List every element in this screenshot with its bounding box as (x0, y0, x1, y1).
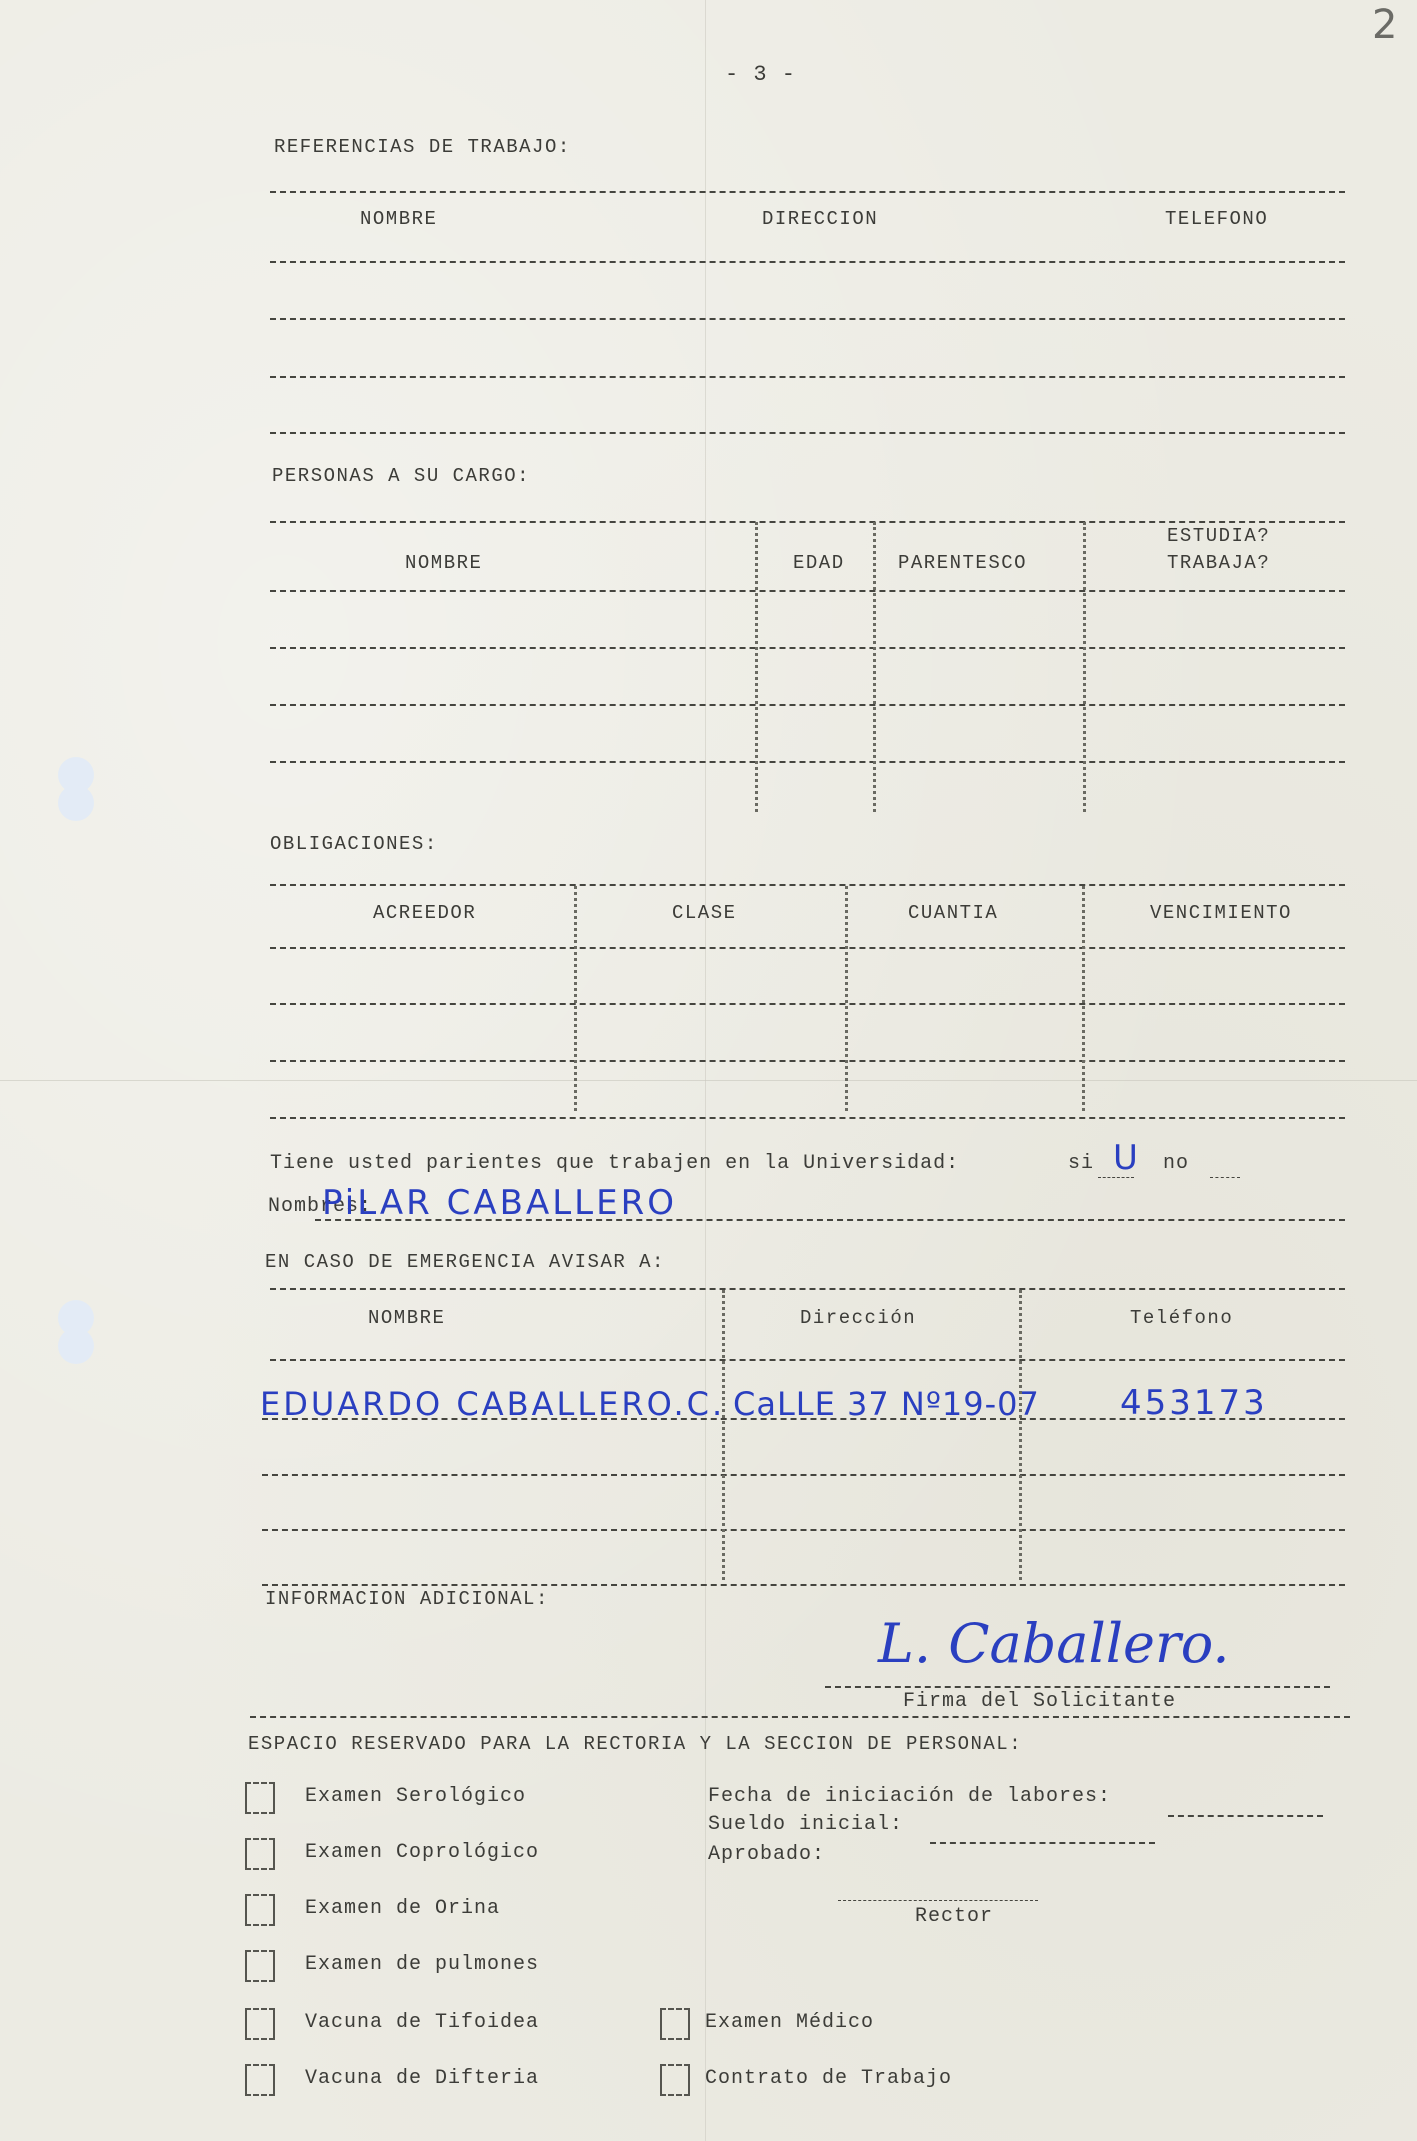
table-row-line[interactable] (262, 1418, 1345, 1420)
checkbox-label: Examen Coprológico (305, 1841, 539, 1864)
column-divider (755, 522, 758, 812)
column-divider (845, 886, 848, 1111)
parientes-si-label: si (1068, 1152, 1094, 1175)
checkbox-examen-pulmones[interactable] (245, 1950, 275, 1982)
column-divider (1083, 522, 1086, 812)
col-header-nombre: NOMBRE (368, 1307, 445, 1329)
table-rule (262, 1584, 1345, 1586)
top-page-mark: - 3 - (725, 62, 796, 87)
aprobado-label: Aprobado: (708, 1843, 825, 1866)
table-row-line[interactable] (270, 1003, 1345, 1005)
rector-label: Rector (915, 1905, 993, 1928)
punch-hole (58, 785, 94, 821)
table-rule (270, 947, 1345, 949)
checkbox-examen-orina[interactable] (245, 1894, 275, 1926)
col-header-direccion: Dirección (800, 1307, 916, 1329)
paper-fold-horizontal (0, 1080, 1417, 1081)
table-row-line[interactable] (270, 376, 1345, 378)
col-header-edad: EDAD (793, 552, 845, 574)
table-row-line[interactable] (262, 1529, 1345, 1531)
sueldo-label: Sueldo inicial: (708, 1813, 903, 1836)
table-row-line[interactable] (270, 432, 1345, 434)
punch-hole (58, 1328, 94, 1364)
si-blank (1098, 1177, 1134, 1178)
fecha-input-line[interactable] (1168, 1815, 1323, 1817)
nombres-line (315, 1219, 1345, 1221)
section-divider (250, 1716, 1350, 1718)
section-title-obligaciones: OBLIGACIONES: (270, 833, 438, 855)
checkbox-examen-medico[interactable] (660, 2008, 690, 2040)
table-row-line[interactable] (270, 761, 1345, 763)
table-rule (270, 1288, 1345, 1290)
col-header-direccion: DIRECCION (762, 208, 878, 230)
sueldo-input-line[interactable] (930, 1842, 1155, 1844)
fecha-label: Fecha de iniciación de labores: (708, 1785, 1111, 1808)
table-rule (270, 884, 1345, 886)
col-header-telefono: TELEFONO (1165, 208, 1268, 230)
signature-label: Firma del Solicitante (903, 1690, 1176, 1713)
checkbox-label: Examen Serológico (305, 1785, 526, 1808)
section-title-personas: PERSONAS A SU CARGO: (272, 465, 530, 487)
no-blank[interactable] (1210, 1177, 1240, 1178)
rector-signature-line[interactable] (838, 1900, 1038, 1901)
page-number: 2 (1372, 2, 1400, 48)
col-header-acreedor: ACREEDOR (373, 902, 476, 924)
checkbox-label: Contrato de Trabajo (705, 2067, 952, 2090)
parientes-no-label: no (1163, 1152, 1189, 1175)
parientes-si-mark[interactable]: U (1113, 1138, 1141, 1178)
checkbox-vacuna-difteria[interactable] (245, 2064, 275, 2096)
applicant-signature: L. Caballero. (878, 1612, 1230, 1675)
col-header-estudia: ESTUDIA? (1167, 525, 1270, 547)
table-row-line[interactable] (262, 1474, 1345, 1476)
emergencia-telefono[interactable]: 453173 (1120, 1383, 1268, 1423)
checkbox-label: Vacuna de Tifoidea (305, 2011, 539, 2034)
table-row-line[interactable] (270, 647, 1345, 649)
section-title-emergencia: EN CASO DE EMERGENCIA AVISAR A: (265, 1251, 665, 1273)
table-rule (270, 191, 1345, 193)
checkbox-examen-serologico[interactable] (245, 1782, 275, 1814)
col-header-clase: CLASE (672, 902, 737, 924)
table-rule (270, 521, 1345, 523)
table-rule (270, 590, 1345, 592)
nombres-value[interactable]: PiLAR CABALLERO (322, 1183, 677, 1223)
checkbox-contrato-trabajo[interactable] (660, 2064, 690, 2096)
column-divider (1019, 1290, 1022, 1580)
table-rule (270, 1359, 1345, 1361)
col-header-nombre: NOMBRE (405, 552, 482, 574)
table-row-line[interactable] (270, 704, 1345, 706)
column-divider (574, 886, 577, 1111)
checkbox-label: Examen de Orina (305, 1897, 500, 1920)
table-rule (270, 261, 1345, 263)
signature-line (825, 1686, 1330, 1688)
col-header-telefono: Teléfono (1130, 1307, 1233, 1329)
col-header-nombre: NOMBRE (360, 208, 437, 230)
checkbox-label: Examen de pulmones (305, 1953, 539, 1976)
column-divider (873, 522, 876, 812)
parientes-question: Tiene usted parientes que trabajen en la… (270, 1152, 959, 1175)
col-header-parentesco: PARENTESCO (898, 552, 1027, 574)
section-title-informacion: INFORMACION ADICIONAL: (265, 1588, 549, 1610)
col-header-vencimiento: VENCIMIENTO (1150, 902, 1292, 924)
paper-fold-vertical (705, 0, 706, 2141)
section-title-referencias: REFERENCIAS DE TRABAJO: (274, 136, 571, 158)
checkbox-label: Vacuna de Difteria (305, 2067, 539, 2090)
section-title-reservado: ESPACIO RESERVADO PARA LA RECTORIA Y LA … (248, 1733, 1022, 1755)
table-row-line[interactable] (270, 1060, 1345, 1062)
column-divider (722, 1290, 725, 1580)
col-header-cuantia: CUANTIA (908, 902, 998, 924)
table-row-line[interactable] (270, 1117, 1345, 1119)
table-row-line[interactable] (270, 318, 1345, 320)
checkbox-examen-coprologico[interactable] (245, 1838, 275, 1870)
checkbox-vacuna-tifoidea[interactable] (245, 2008, 275, 2040)
col-header-trabaja: TRABAJA? (1167, 552, 1270, 574)
column-divider (1082, 886, 1085, 1111)
checkbox-label: Examen Médico (705, 2011, 874, 2034)
